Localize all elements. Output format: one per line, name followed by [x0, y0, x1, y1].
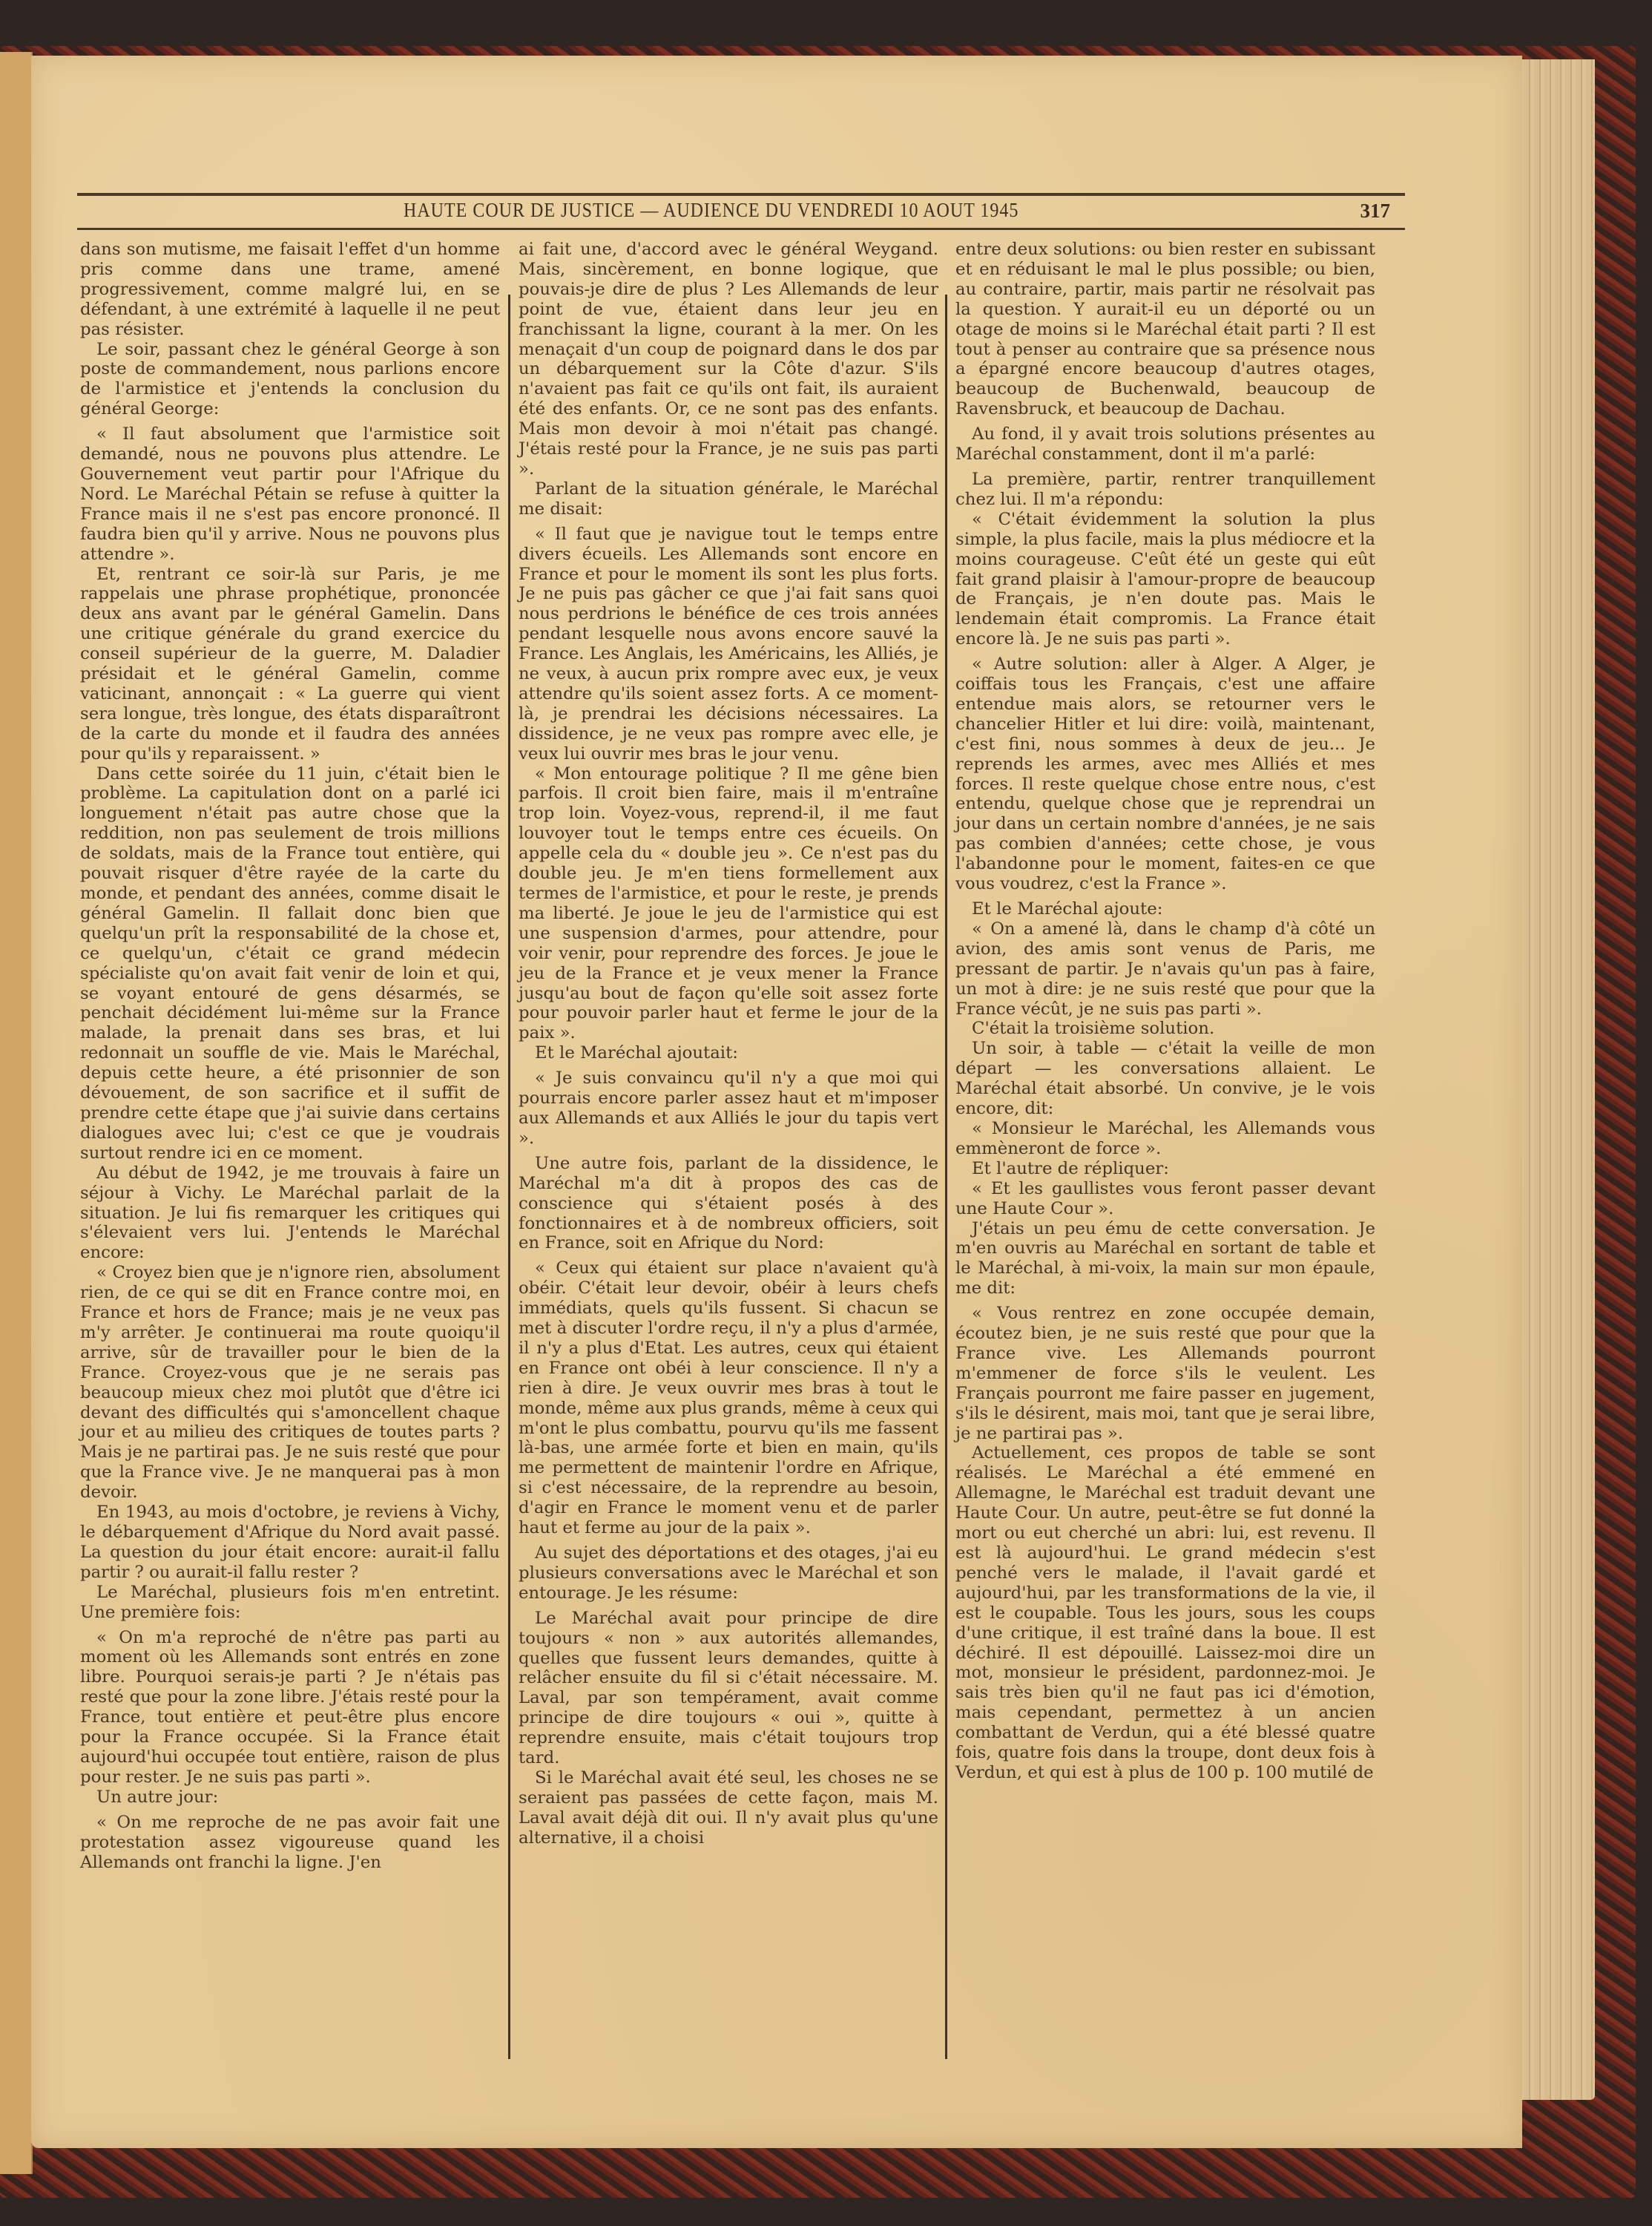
header-rule-top [77, 193, 1405, 196]
paragraph: Et, rentrant ce soir-là sur Paris, je me… [80, 565, 500, 764]
paragraph: En 1943, au mois d'octobre, je reviens à… [80, 1503, 500, 1583]
paragraph: « Mon entourage politique ? Il me gêne b… [519, 764, 938, 1044]
paragraph: « Croyez bien que je n'ignore rien, abso… [80, 1263, 500, 1503]
paragraph: Et le Maréchal ajoutait: [519, 1043, 938, 1063]
paragraph: « Vous rentrez en zone occupée demain, é… [955, 1304, 1375, 1443]
paragraph: « On a amené là, dans le champ d'à côté … [955, 919, 1375, 1020]
paragraph: « C'était évidemment la solution la plus… [955, 510, 1375, 649]
text-column-2: ai fait une, d'accord avec le général We… [519, 240, 938, 1848]
paragraph: « Ceux qui étaient sur place n'avaient q… [519, 1258, 938, 1538]
paragraph: « Monsieur le Maréchal, les Allemands vo… [955, 1119, 1375, 1159]
paragraph: « Autre solution: aller à Alger. A Alger… [955, 654, 1375, 894]
paragraph: Le Maréchal, plusieurs fois m'en entreti… [80, 1583, 500, 1623]
paragraph: Un autre jour: [80, 1787, 500, 1808]
paragraph: Le Maréchal avait pour principe de dire … [519, 1609, 938, 1768]
paragraph: C'était la troisième solution. [955, 1019, 1375, 1039]
running-header: HAUTE COUR DE JUSTICE — AUDIENCE DU VEND… [77, 201, 1405, 225]
paragraph: Au début de 1942, je me trouvais à faire… [80, 1163, 500, 1264]
document-page: HAUTE COUR DE JUSTICE — AUDIENCE DU VEND… [31, 56, 1522, 2148]
paragraph: Au sujet des déportations et des otages,… [519, 1543, 938, 1603]
paragraph: Si le Maréchal avait été seul, les chose… [519, 1768, 938, 1848]
paragraph: Et l'autre de répliquer: [955, 1159, 1375, 1179]
paragraph: Le soir, passant chez le général George … [80, 340, 500, 420]
paragraph: ai fait une, d'accord avec le général We… [519, 240, 938, 479]
paragraph: « Il faut que je navigue tout le temps e… [519, 525, 938, 764]
paragraph: Parlant de la situation générale, le Mar… [519, 479, 938, 519]
paragraph: Actuellement, ces propos de table se son… [955, 1443, 1375, 1782]
facing-page-edge [0, 52, 33, 2174]
paragraph: « Je suis convaincu qu'il n'y a que moi … [519, 1068, 938, 1149]
text-column-1: dans son mutisme, me faisait l'effet d'u… [80, 240, 500, 1872]
header-title: HAUTE COUR DE JUSTICE — AUDIENCE DU VEND… [404, 200, 1018, 223]
paragraph: J'étais un peu ému de cette conversation… [955, 1219, 1375, 1299]
page-stack-edge [1513, 59, 1595, 2100]
page-number: 317 [1360, 200, 1391, 223]
header-rule-bottom [77, 228, 1405, 230]
paragraph: Un soir, à table — c'était la veille de … [955, 1039, 1375, 1119]
paragraph: dans son mutisme, me faisait l'effet d'u… [80, 240, 500, 340]
paragraph: « On me reproche de ne pas avoir fait un… [80, 1813, 500, 1873]
column-divider [945, 295, 947, 2059]
text-column-3: entre deux solutions: ou bien rester en … [955, 240, 1375, 1783]
paragraph: Une autre fois, parlant de la dissidence… [519, 1154, 938, 1254]
paragraph: La première, partir, rentrer tranquillem… [955, 470, 1375, 510]
paragraph: Et le Maréchal ajoute: [955, 899, 1375, 919]
paragraph: « On m'a reproché de n'être pas parti au… [80, 1628, 500, 1787]
paragraph: « Et les gaullistes vous feront passer d… [955, 1179, 1375, 1219]
paragraph: entre deux solutions: ou bien rester en … [955, 240, 1375, 419]
paragraph: « Il faut absolument que l'armistice soi… [80, 424, 500, 564]
paragraph: Au fond, il y avait trois solutions prés… [955, 424, 1375, 464]
column-divider [508, 295, 510, 2059]
paragraph: Dans cette soirée du 11 juin, c'était bi… [80, 764, 500, 1163]
